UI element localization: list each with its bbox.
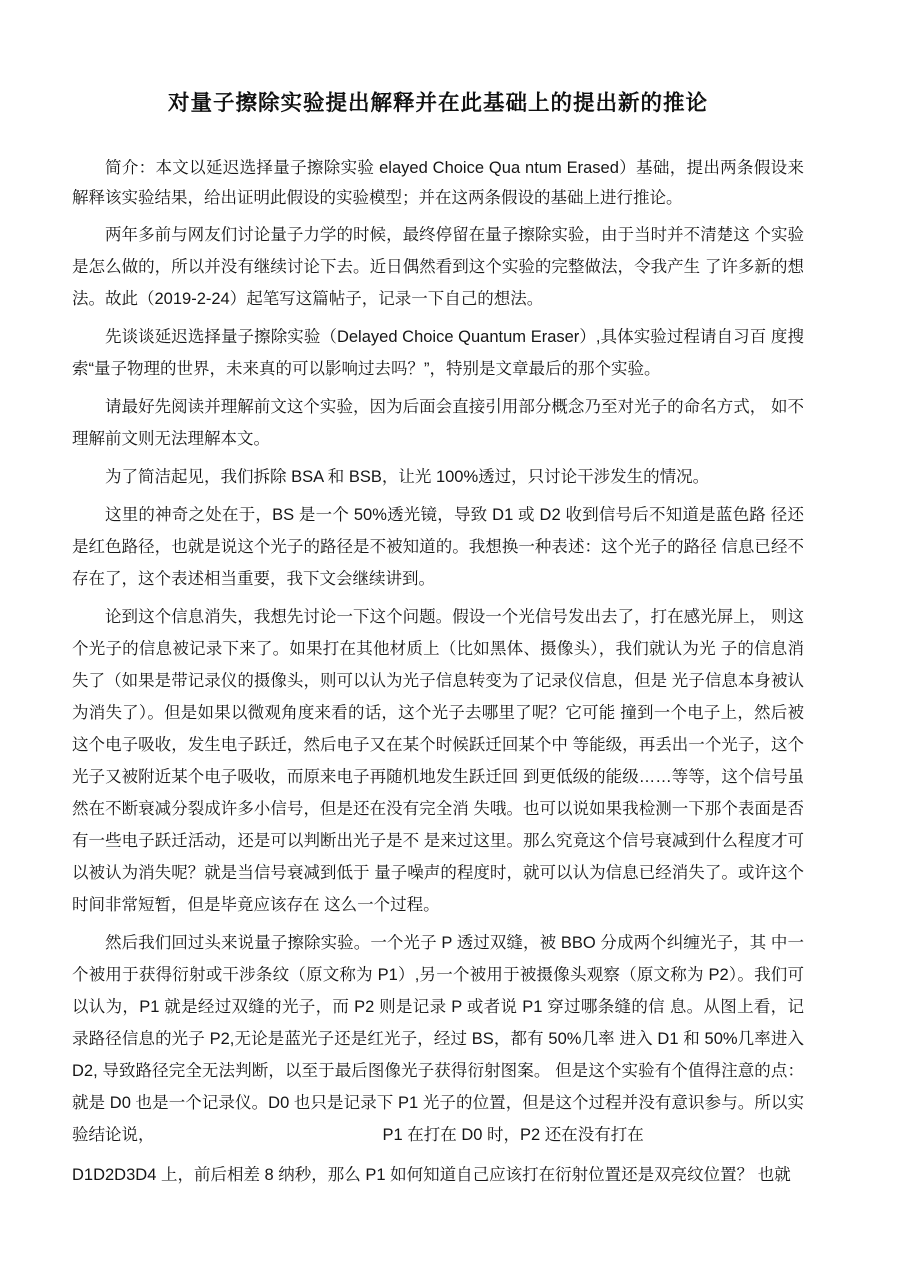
- document-page: { "doc": { "title": "对量子擦除实验提出解释并在此基础上的提…: [0, 0, 920, 1276]
- paragraph-simplification: 为了简洁起见，我们拆除 BSA 和 BSB，让光 100%透过，只讨论干涉发生的…: [72, 461, 804, 493]
- paragraph-beam-splitter: 这里的神奇之处在于，BS 是一个 50%透光镜，导致 D1 或 D2 收到信号后…: [72, 499, 804, 595]
- paragraph-reading-note: 请最好先阅读并理解前文这个实验，因为后面会直接引用部分概念乃至对光子的命名方式，…: [72, 391, 804, 455]
- paragraph-background: 两年多前与网友们讨论量子力学的时候，最终停留在量子擦除实验，由于当时并不清楚这 …: [72, 219, 804, 315]
- paragraph-continuation-line: D1D2D3D4 上，前后相差 8 纳秒，那么 P1 如何知道自己应该打在衍射位…: [72, 1159, 804, 1191]
- paragraph-intro: 简介：本文以延迟选择量子擦除实验 elayed Choice Qua ntum …: [72, 153, 804, 213]
- conclusion-text-before-gap: 然后我们回过头来说量子擦除实验。一个光子 P 透过双缝，被 BBO 分成两个纠缠…: [72, 934, 804, 1144]
- blank-gap: [155, 1139, 383, 1140]
- paragraph-experiment-reference: 先谈谈延迟选择量子擦除实验（Delayed Choice Quantum Era…: [72, 321, 804, 385]
- paragraph-conclusion: 然后我们回过头来说量子擦除实验。一个光子 P 透过双缝，被 BBO 分成两个纠缠…: [72, 927, 804, 1151]
- paragraph-information-loss: 论到这个信息消失，我想先讨论一下这个问题。假设一个光信号发出去了，打在感光屏上，…: [72, 601, 804, 921]
- document-title: 对量子擦除实验提出解释并在此基础上的提出新的推论: [72, 86, 804, 117]
- conclusion-text-after-gap: P1 在打在 D0 时，P2 还在没有打在: [383, 1126, 644, 1144]
